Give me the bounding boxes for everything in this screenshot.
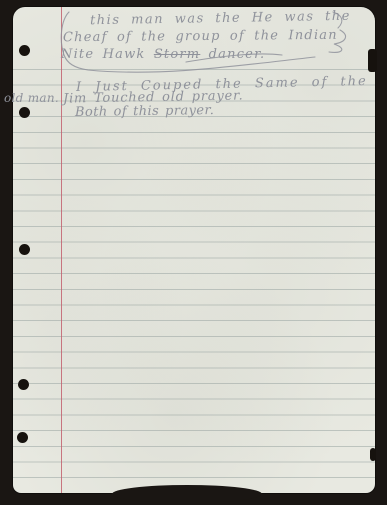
punch-hole — [19, 45, 30, 56]
text-segment: Nite Hawk — [61, 47, 154, 62]
punch-hole — [18, 379, 29, 390]
punch-hole — [19, 244, 30, 255]
binder-notch — [370, 448, 376, 461]
struck-word: Storm — [154, 47, 201, 62]
handwritten-line-3: Nite Hawk Storm dancer. — [61, 48, 265, 61]
punch-hole — [19, 107, 30, 118]
ruled-lines — [13, 69, 375, 480]
text-segment: dancer. — [200, 47, 265, 62]
punch-hole — [17, 432, 28, 443]
margin-note: old man. — [4, 92, 59, 104]
binder-notch — [368, 49, 377, 72]
scan-edge-shadow — [112, 485, 262, 503]
red-margin-line — [61, 7, 62, 493]
handwritten-line-6: Both of this prayer. — [75, 104, 214, 119]
scanned-notebook-page: this man was the He was the Cheaf of the… — [0, 0, 387, 505]
handwritten-line-2: Cheaf of the group of the Indian — [63, 29, 338, 44]
